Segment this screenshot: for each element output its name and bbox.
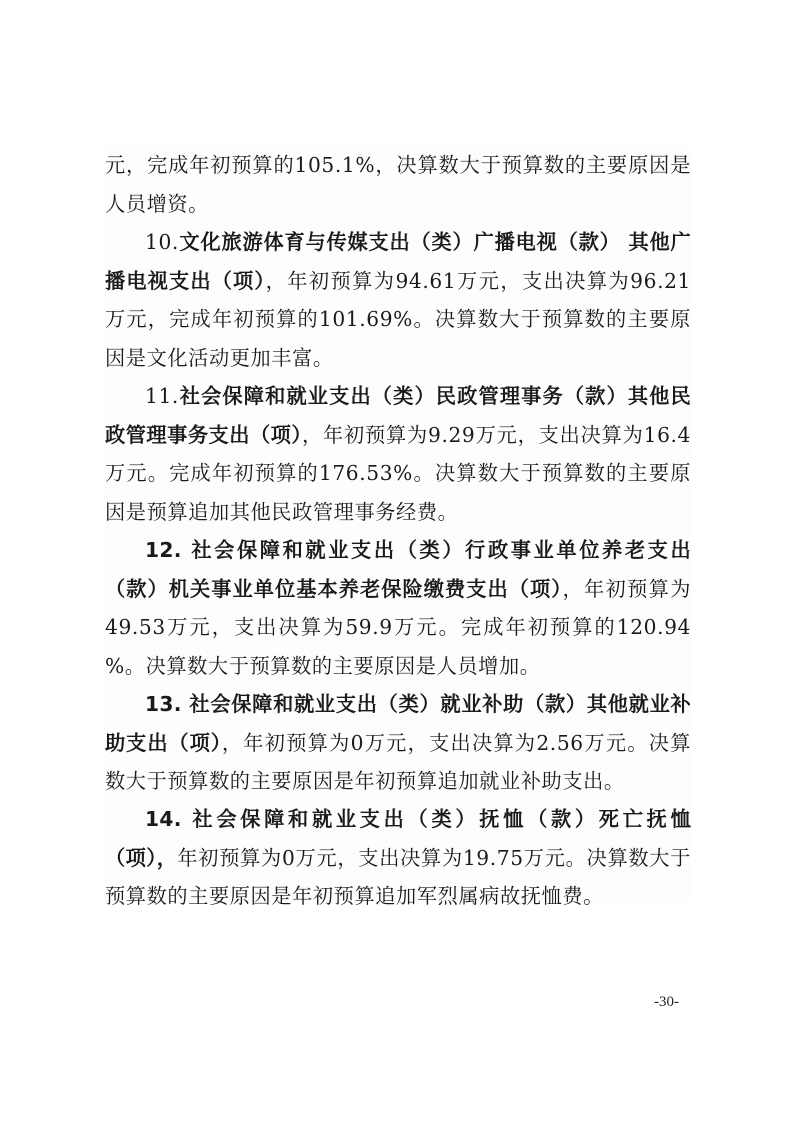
item-number: 10. (145, 230, 179, 254)
paragraph-item-9-continuation: 元，完成年初预算的105.1%，决算数大于预算数的主要原因是人员增资。 (105, 146, 691, 223)
paragraph-item-14: 14. 社会保障和就业支出（类）抚恤（款）死亡抚恤（项），年初预算为0万元，支出… (105, 800, 691, 916)
paragraph-item-12: 12. 社会保障和就业支出（类）行政事业单位养老支出（款）机关事业单位基本养老保… (105, 531, 691, 685)
item-number: 11. (145, 384, 179, 408)
paragraph-item-10: 10.文化旅游体育与传媒支出（类）广播电视（款） 其他广播电视支出（项），年初预… (105, 223, 691, 377)
paragraph-text: 元，完成年初预算的105.1%，决算数大于预算数的主要原因是人员增资。 (105, 153, 691, 216)
item-number: 13. (145, 692, 182, 716)
item-number: 12. (145, 538, 182, 562)
item-number: 14. (145, 807, 182, 831)
paragraph-item-13: 13. 社会保障和就业支出（类）就业补助（款）其他就业补助支出（项），年初预算为… (105, 685, 691, 801)
document-body: 元，完成年初预算的105.1%，决算数大于预算数的主要原因是人员增资。 10.文… (105, 146, 691, 902)
paragraph-item-11: 11.社会保障和就业支出（类）民政管理事务（款）其他民政管理事务支出（项），年初… (105, 377, 691, 531)
paragraph-text: 年初预算为0万元，支出决算为19.75万元。决算数大于预算数的主要原因是年初预算… (105, 846, 691, 909)
page-number: -30- (654, 994, 679, 1011)
